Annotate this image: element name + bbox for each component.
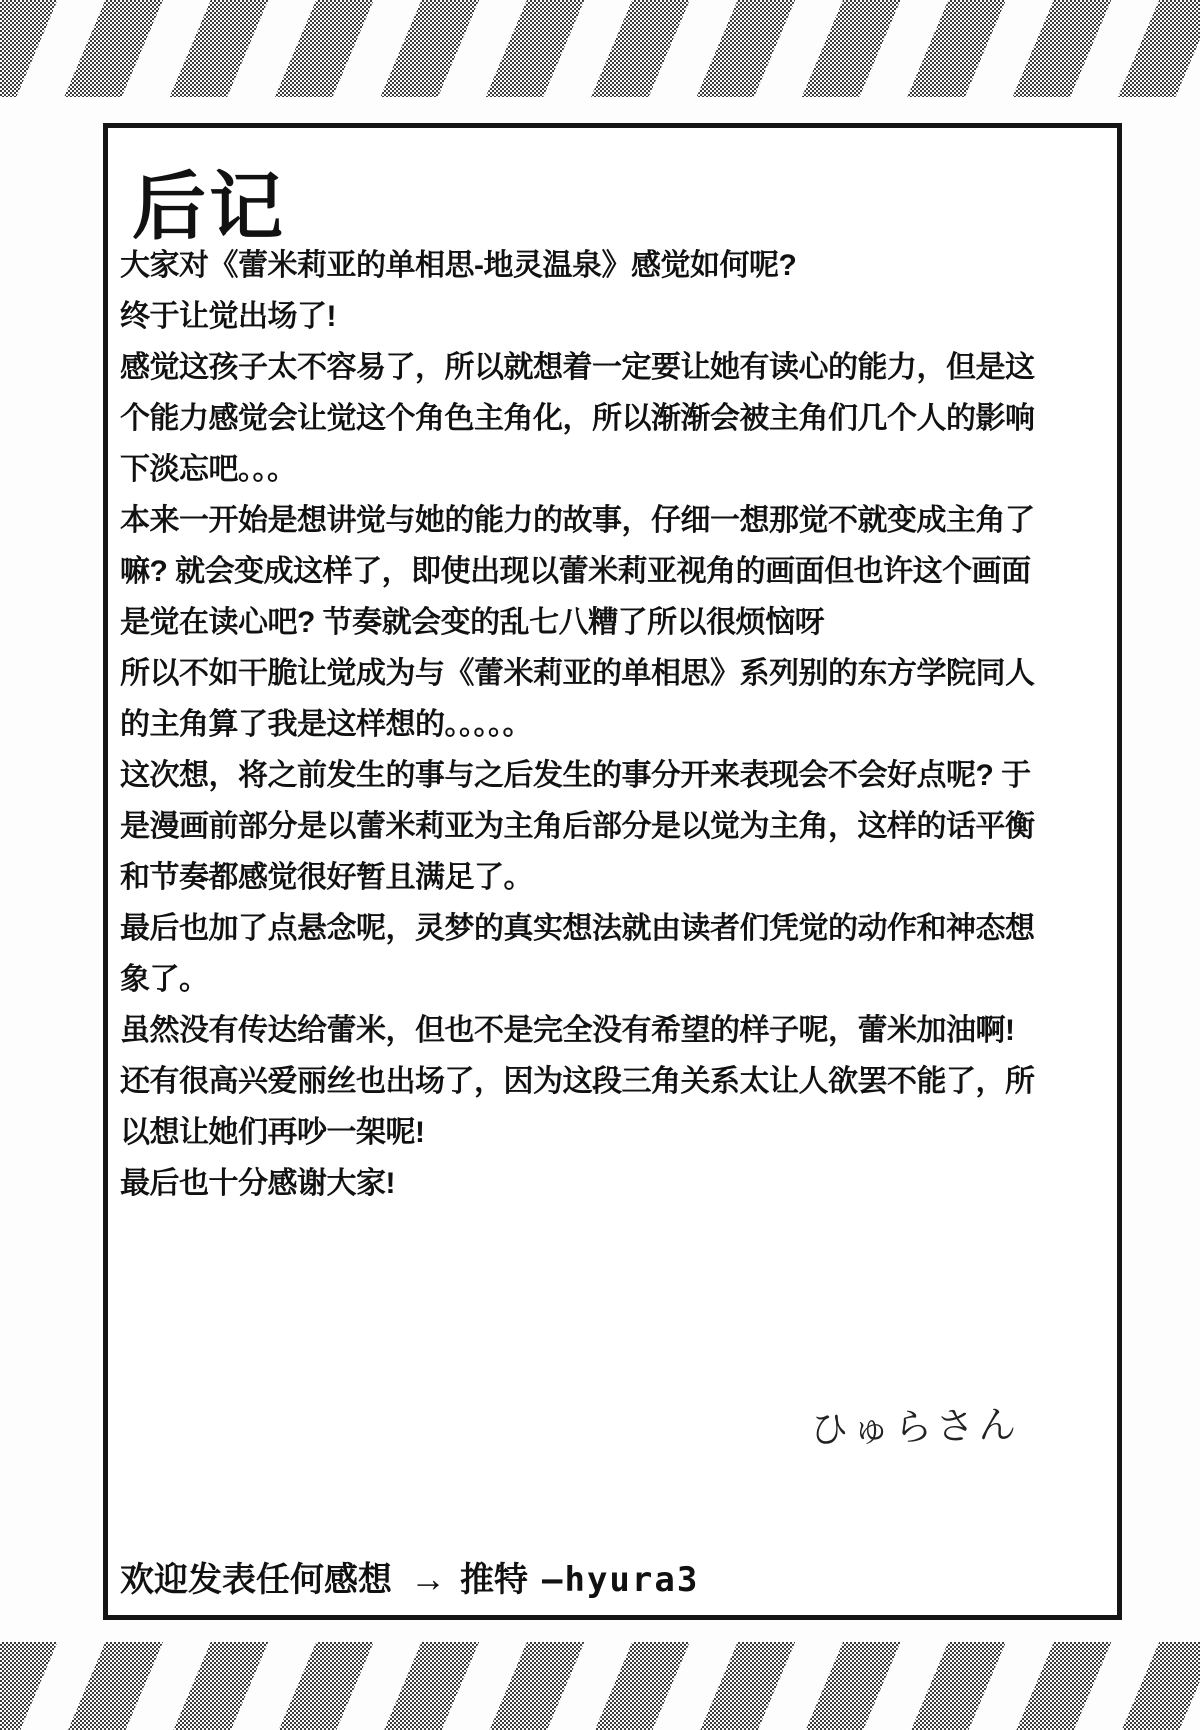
afterword-line: 本来一开始是想讲觉与她的能力的故事，仔细一想那觉不就变成主角了 <box>120 495 1035 546</box>
twitter-handle: —hyura3 <box>542 1560 699 1600</box>
afterword-line: 以想让她们再吵一架呢! <box>120 1107 1035 1158</box>
afterword-line: 大家对《蕾米莉亚的单相思-地灵温泉》感觉如何呢? <box>120 240 1035 291</box>
footer-note: 欢迎发表任何感想→推特—hyura3 <box>120 1552 699 1601</box>
afterword-line: 最后也十分感谢大家! <box>120 1158 1035 1209</box>
afterword-line: 个能力感觉会让觉这个角色主角化，所以渐渐会被主角们几个人的影响 <box>120 393 1035 444</box>
afterword-line: 终于让觉出场了! <box>120 291 1035 342</box>
page-title: 后记 <box>132 148 286 254</box>
afterword-line: 是漫画前部分是以蕾米莉亚为主角后部分是以觉为主角，这样的话平衡 <box>120 801 1035 852</box>
afterword-line: 嘛? 就会变成这样了，即使出现以蕾米莉亚视角的画面但也许这个画面 <box>120 546 1035 597</box>
afterword-line: 最后也加了点悬念呢，灵梦的真实想法就由读者们凭觉的动作和神态想 <box>120 903 1035 954</box>
afterword-line: 象了。 <box>120 954 1035 1005</box>
afterword-line: 虽然没有传达给蕾米，但也不是完全没有希望的样子呢，蕾米加油啊! <box>120 1005 1035 1056</box>
afterword-line: 的主角算了我是这样想的。。。。。 <box>120 699 1035 750</box>
afterword-line: 所以不如干脆让觉成为与《蕾米莉亚的单相思》系列别的东方学院同人 <box>120 648 1035 699</box>
afterword-line: 下淡忘吧。。。 <box>120 444 1035 495</box>
afterword-page: 后记 大家对《蕾米莉亚的单相思-地灵温泉》感觉如何呢? 终于让觉出场了! 感觉这… <box>0 0 1200 1730</box>
footer-platform-label: 推特 <box>460 1561 528 1599</box>
afterword-line: 这次想，将之前发生的事与之后发生的事分开来表现会不会好点呢? 于 <box>120 750 1035 801</box>
author-signature: ひゅらさん <box>809 1393 1020 1453</box>
diagonal-stripes-top <box>0 0 1200 97</box>
afterword-line: 还有很高兴爱丽丝也出场了，因为这段三角关系太让人欲罢不能了，所 <box>120 1056 1035 1107</box>
afterword-line: 和节奏都感觉很好暂且满足了。 <box>120 852 1035 903</box>
afterword-line: 是觉在读心吧? 节奏就会变的乱七八糟了所以很烦恼呀 <box>120 597 1035 648</box>
content-frame: 后记 大家对《蕾米莉亚的单相思-地灵温泉》感觉如何呢? 终于让觉出场了! 感觉这… <box>103 123 1122 1620</box>
diagonal-stripes-bottom <box>0 1642 1200 1730</box>
afterword-line: 感觉这孩子太不容易了，所以就想着一定要让她有读心的能力，但是这 <box>120 342 1035 393</box>
afterword-body: 大家对《蕾米莉亚的单相思-地灵温泉》感觉如何呢? 终于让觉出场了! 感觉这孩子太… <box>120 240 1035 1209</box>
arrow-right-icon: → <box>410 1558 446 1600</box>
footer-invite-text: 欢迎发表任何感想 <box>120 1561 392 1599</box>
